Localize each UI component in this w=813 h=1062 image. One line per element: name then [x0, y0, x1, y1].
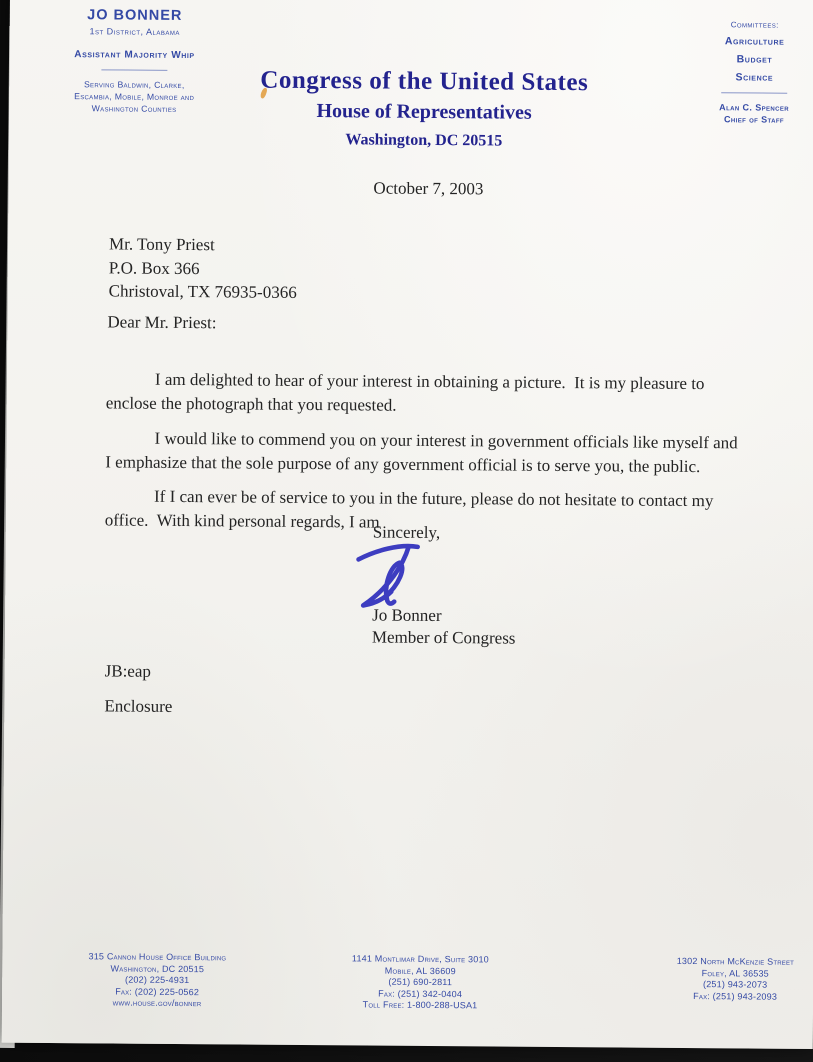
reference-initials: JB:eap [105, 661, 151, 681]
committees-label: Committees: [670, 20, 813, 30]
office-washington: 315 Cannon House Office Building Washing… [32, 951, 282, 1010]
paragraph-1: I am delighted to hear of your interest … [106, 367, 744, 419]
divider [721, 92, 787, 94]
letter-date: October 7, 2003 [373, 178, 483, 199]
scanned-letter: JO BONNER 1st District, Alabama Assistan… [0, 0, 813, 1062]
congress-title: Congress of the United States [199, 66, 649, 98]
paragraph-2: I would like to commend you on your inte… [105, 426, 743, 478]
salutation: Dear Mr. Priest: [107, 312, 216, 333]
signature [353, 539, 426, 614]
recipient-address: Mr. Tony Priest P.O. Box 366 Christoval,… [109, 232, 298, 304]
letterhead-title-block: Congress of the United States House of R… [199, 66, 650, 152]
recipient-street: P.O. Box 366 [109, 256, 297, 281]
member-name: JO BONNER [40, 7, 230, 24]
signer-name: Jo Bonner [372, 605, 442, 626]
letterhead-committees-block: Committees: Agriculture Budget Science A… [669, 20, 813, 126]
recipient-name: Mr. Tony Priest [109, 232, 297, 257]
house-subtitle: House of Representatives [199, 99, 649, 126]
member-district: 1st District, Alabama [40, 26, 230, 37]
office-foley: 1302 North McKenzie Street Foley, AL 365… [630, 956, 813, 1004]
committee-budget: Budget [669, 53, 813, 66]
enclosure-note: Enclosure [104, 696, 172, 717]
chief-of-staff: Alan C. Spencer Chief of Staff [669, 101, 813, 126]
committee-agriculture: Agriculture [670, 35, 813, 48]
letter-page: JO BONNER 1st District, Alabama Assistan… [2, 0, 813, 1049]
washington-address: Washington, DC 20515 [199, 130, 649, 152]
member-role: Assistant Majority Whip [39, 49, 229, 61]
office-mobile: 1141 Montlimar Drive, Suite 3010 Mobile,… [314, 953, 526, 1012]
committee-science: Science [669, 71, 813, 84]
recipient-city: Christoval, TX 76935-0366 [109, 279, 297, 304]
signer-title: Member of Congress [372, 627, 516, 648]
divider [101, 69, 167, 71]
website-url: www.house.gov/bonner [32, 997, 282, 1010]
